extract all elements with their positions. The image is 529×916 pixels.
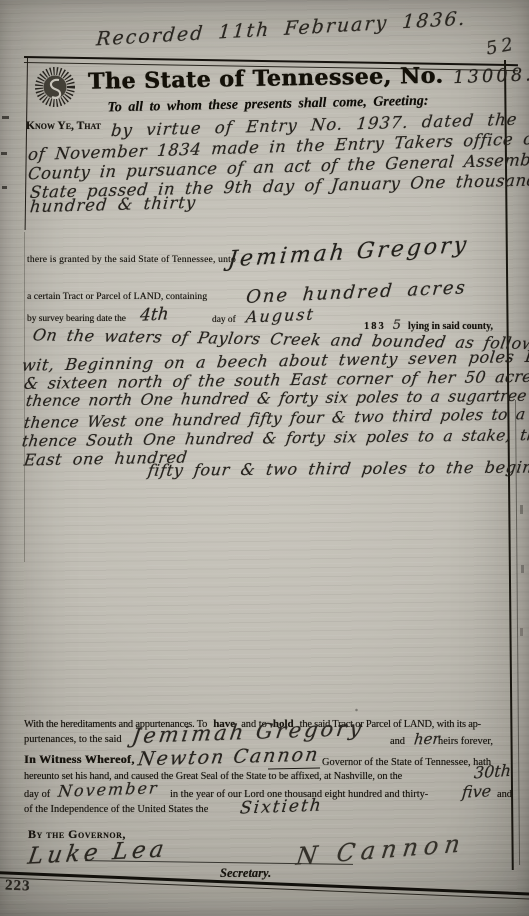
- margin-tick: [521, 565, 524, 573]
- seal-month: November: [57, 778, 160, 801]
- containing-clause: a certain Tract or Parcel of LAND, conta…: [27, 291, 207, 302]
- land-grant-document: Recorded 11th February 1836. 52 The Stat…: [0, 0, 529, 916]
- page-number: 223: [5, 878, 31, 896]
- survey-clause: by survey bearing date the: [27, 314, 126, 324]
- margin-tick: [2, 186, 7, 189]
- margin-tick: [2, 116, 9, 119]
- margin-tick: [520, 628, 523, 636]
- and-final-word: and: [497, 789, 512, 800]
- and-word: and: [390, 736, 405, 747]
- grant-number: 13008.: [453, 64, 529, 88]
- document-title: The State of Tennessee, No.: [88, 63, 444, 95]
- grantee-name: Jemimah Gregory: [227, 233, 471, 273]
- margin-tick: [520, 505, 523, 514]
- governor-title-text: Governor of the State of Tennessee, hath: [322, 757, 491, 768]
- survey-month: August: [245, 304, 316, 326]
- governor-signature: N Cannon: [294, 829, 467, 871]
- heirs-text: heirs forever,: [438, 736, 493, 747]
- recorded-note: Recorded 11th February 1836.: [95, 8, 467, 51]
- independence-line: of the Independence of the United States…: [24, 804, 208, 815]
- purtenances-text: purtenances, to the said: [24, 734, 122, 745]
- acreage: One hundred acres: [245, 277, 468, 308]
- survey-day: 4th: [139, 304, 169, 326]
- lying-clause: lying in said county,: [408, 321, 493, 332]
- day-of-label: day of: [212, 315, 236, 325]
- heirs-pronoun: her: [413, 730, 441, 749]
- granted-clause: there is granted by the said State of Te…: [27, 254, 236, 265]
- know-ye-label: Know Ye, That: [26, 120, 101, 132]
- witness-whereof-label: In Witness Whereof,: [24, 752, 135, 767]
- secretary-label: Secretary.: [220, 866, 271, 881]
- independence-year: Sixtieth: [239, 796, 324, 819]
- masthead: The State of Tennessee, No. 13008.: [88, 61, 524, 95]
- signature-rule: [268, 768, 320, 770]
- year-word: five: [461, 781, 492, 802]
- day-of-label-closing: day of: [24, 789, 50, 800]
- margin-tick: [1, 152, 7, 155]
- bounds-line: fifty four & two third poles to the begi…: [147, 457, 529, 480]
- page-mark: 52: [484, 33, 518, 59]
- entry-clause-line: hundred & thirty: [29, 193, 197, 216]
- left-border-line: [25, 58, 28, 230]
- seal-day: 30th: [473, 761, 511, 783]
- governor-name: Newton Cannon: [136, 744, 321, 771]
- left-border-line-faint: [24, 232, 25, 562]
